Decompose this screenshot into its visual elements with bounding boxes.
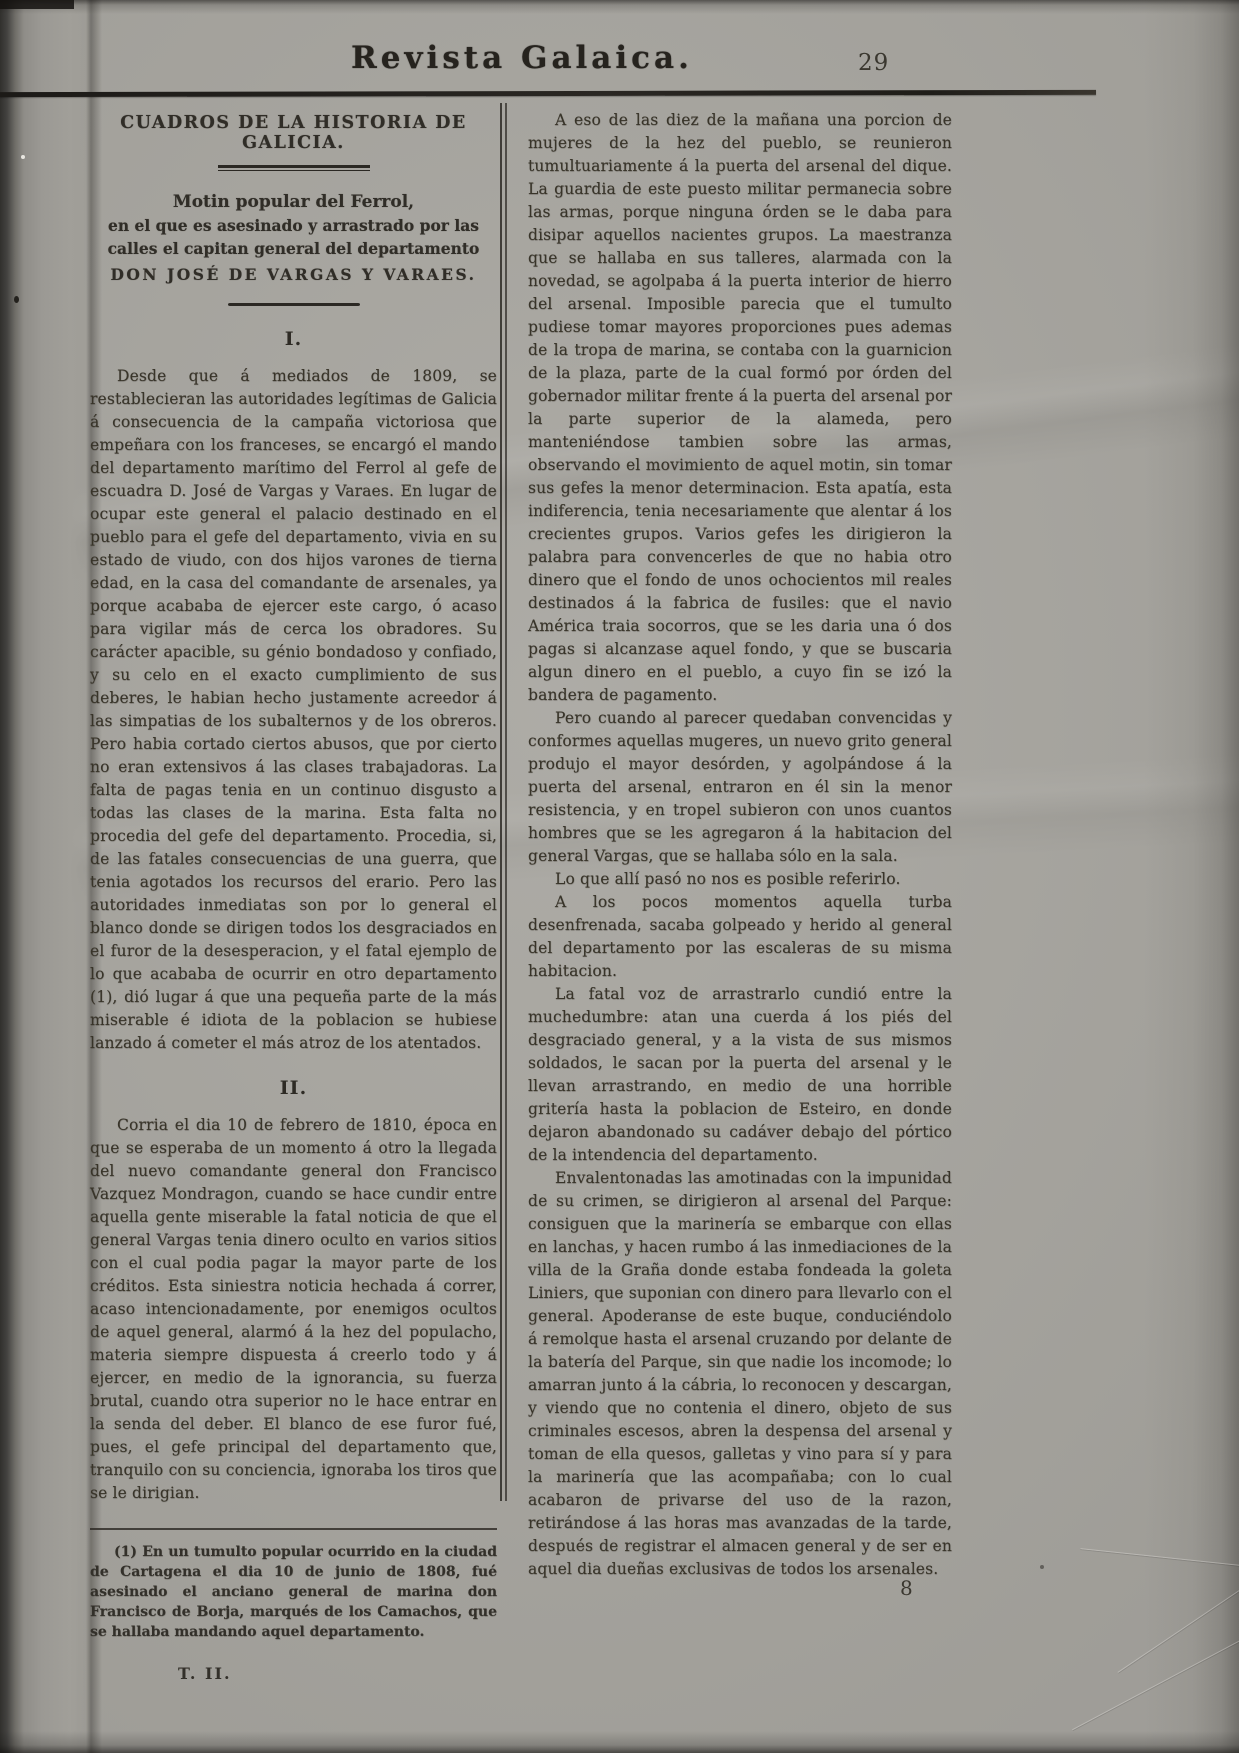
section-2-paragraph: Corria el dia 10 de febrero de 1810, épo… — [90, 1114, 497, 1505]
series-title: CUADROS DE LA HISTORIA DE GALICIA. — [90, 113, 497, 153]
subtitle-line: DON JOSÉ DE VARGAS Y VARAES. — [90, 263, 497, 286]
scanned-page: Revista Galaica. 29 CUADROS DE LA HISTOR… — [0, 0, 1239, 1753]
right-paragraph: A los pocos momentos aquella turba desen… — [528, 891, 952, 983]
subtitle-line: calles el capitan general del departamen… — [90, 237, 497, 260]
right-paragraph: Envalentonadas las amotinadas con la imp… — [528, 1167, 952, 1581]
section-1-paragraph: Desde que á mediados de 1809, se restabl… — [90, 365, 497, 1055]
right-paragraph: La fatal voz de arrastrarlo cundió entre… — [528, 983, 952, 1167]
masthead-rule — [0, 90, 1096, 97]
page-number-bottom: 8 — [900, 1576, 913, 1600]
article-subtitle: Motin popular del Ferrol, en el que es a… — [90, 191, 497, 286]
page-number-top: 29 — [858, 50, 889, 76]
title-underline-rule — [218, 165, 370, 171]
right-column: A eso de las diez de la mañana una porci… — [528, 103, 952, 1581]
paper-crease-line — [1118, 1588, 1239, 1673]
subtitle-line: Motin popular del Ferrol, — [90, 191, 497, 214]
tome-mark: T. II. — [178, 1664, 497, 1683]
right-paragraph: Pero cuando al parecer quedaban convenci… — [528, 707, 952, 868]
section-heading-1: I. — [90, 328, 497, 350]
paper-crease-line — [1080, 1548, 1239, 1569]
right-paragraph: A eso de las diez de la mañana una porci… — [528, 109, 952, 707]
ink-speck — [14, 296, 19, 303]
ink-speck — [21, 155, 25, 159]
column-divider-rule — [500, 103, 507, 1501]
subtitle-line: en el que es asesinado y arrastrado por … — [90, 214, 497, 237]
right-paragraph: Lo que allí pasó no nos es posible refer… — [528, 868, 952, 891]
left-column: CUADROS DE LA HISTORIA DE GALICIA. Motin… — [90, 103, 497, 1683]
scan-edge-mark — [0, 0, 74, 9]
footnote-block: (1) En un tumulto popular ocurrido en la… — [90, 1528, 497, 1642]
section-heading-2: II. — [90, 1077, 497, 1099]
ink-speck — [1040, 1565, 1044, 1569]
subtitle-divider-rule — [228, 303, 360, 306]
footnote-text: (1) En un tumulto popular ocurrido en la… — [90, 1542, 497, 1642]
